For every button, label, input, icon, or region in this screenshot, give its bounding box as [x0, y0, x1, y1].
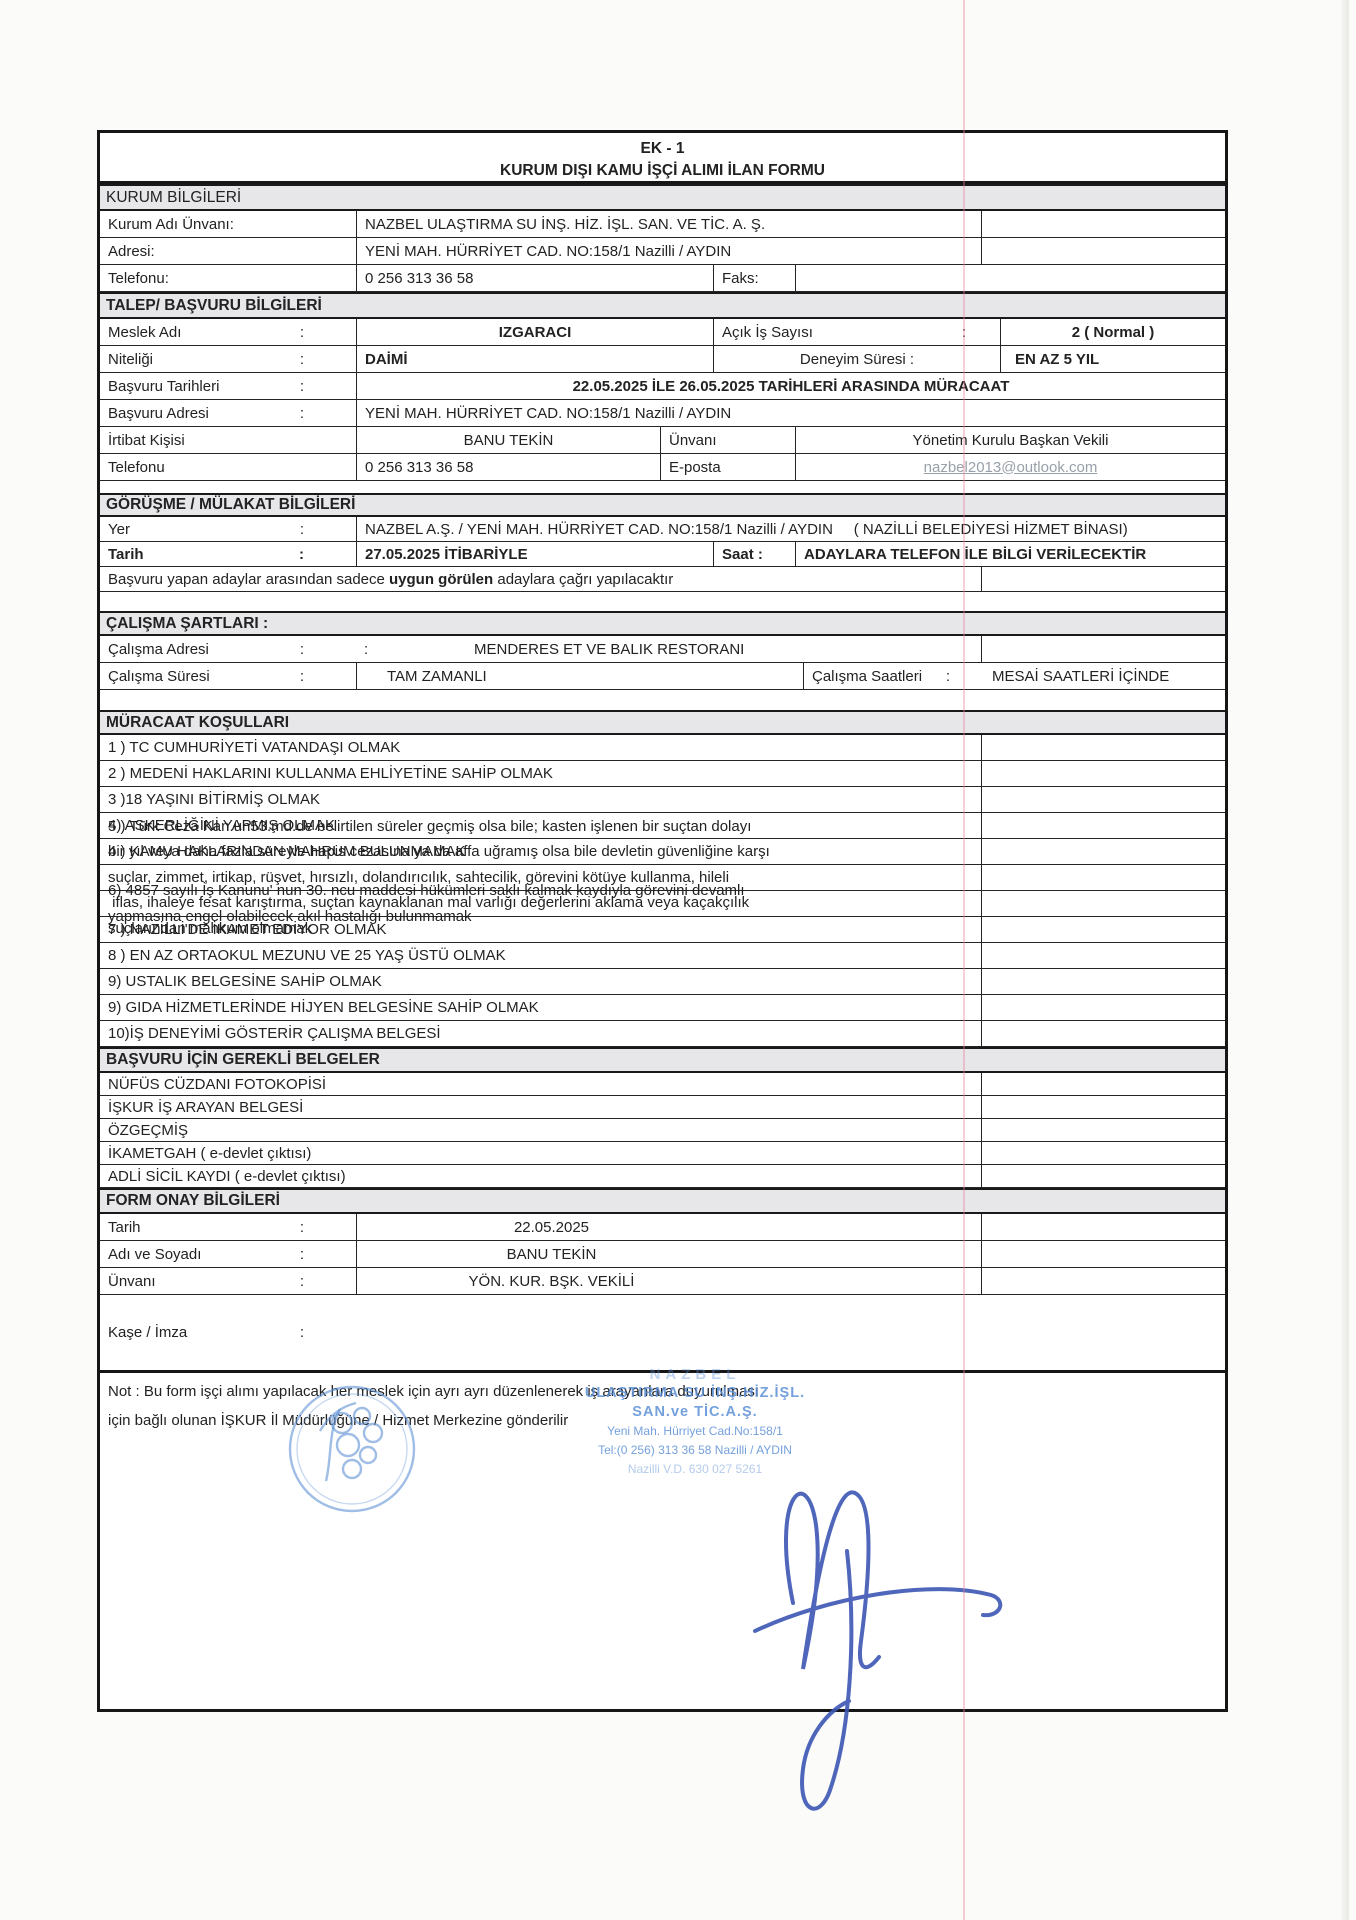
- empty-cell: [981, 1142, 1225, 1164]
- empty-cell: [981, 1241, 1225, 1267]
- onay-ad-label: Adı ve Soyadı:: [100, 1241, 356, 1267]
- requirement-item: 1 ) TC CUMHURİYETİ VATANDAŞI OLMAK: [100, 735, 1225, 761]
- attachment-label: EK - 1: [100, 138, 1225, 160]
- faks-label: Faks:: [713, 265, 795, 291]
- empty-cell: [981, 636, 1225, 662]
- section-gap: [100, 481, 1225, 493]
- empty-cell: [981, 839, 1225, 864]
- yer-value: NAZBEL A.Ş. / YENİ MAH. HÜRRİYET CAD. NO…: [356, 517, 1225, 541]
- onay-ad-value: BANU TEKİN: [356, 1241, 981, 1267]
- telefon2-label: Telefonu: [100, 454, 356, 480]
- requirement-item: 6) 4857 sayılı İş Kanunu' nun 30. ncu ma…: [100, 891, 1225, 917]
- row-yer: Yer: NAZBEL A.Ş. / YENİ MAH. HÜRRİYET CA…: [100, 517, 1225, 542]
- empty-cell: [981, 567, 1225, 591]
- kurum-adi-value: NAZBEL ULAŞTIRMA SU İNŞ. HİZ. İŞL. SAN. …: [356, 211, 981, 237]
- empty-cell: [981, 761, 1225, 786]
- empty-cell: [981, 995, 1225, 1020]
- empty-cell: [981, 943, 1225, 968]
- empty-cell: [981, 1096, 1225, 1118]
- form-title: KURUM DIŞI KAMU İŞÇİ ALIMI İLAN FORMU: [100, 160, 1225, 182]
- document-item: NÜFÜS CÜZDANI FOTOKOPİSİ: [100, 1073, 1225, 1096]
- page-edge-shadow: [1341, 0, 1349, 1920]
- cagri-text: Başvuru yapan adaylar arasından sadece u…: [100, 567, 981, 591]
- muracaat-list: 1 ) TC CUMHURİYETİ VATANDAŞI OLMAK 2 ) M…: [100, 735, 1225, 1047]
- irtibat-label: İrtibat Kişisi: [100, 427, 356, 453]
- basvuru-tarihleri-value: 22.05.2025 İLE 26.05.2025 TARİHLERİ ARAS…: [356, 373, 1225, 399]
- eposta-link[interactable]: nazbel2013@outlook.com: [924, 459, 1098, 476]
- empty-cell: [981, 787, 1225, 812]
- form-title-block: EK - 1 KURUM DIŞI KAMU İŞÇİ ALIMI İLAN F…: [100, 133, 1225, 184]
- yer-label: Yer:: [100, 517, 356, 541]
- calisma-adresi-value: MENDERES ET VE BALIK RESTORANI: [466, 636, 981, 662]
- row-cagri-notu: Başvuru yapan adaylar arasından sadece u…: [100, 567, 1225, 592]
- requirement-item: 2 ) MEDENİ HAKLARINI KULLANMA EHLİYETİNE…: [100, 761, 1225, 787]
- row-meslek: Meslek Adı: IZGARACI Açık İş Sayısı: 2 (…: [100, 319, 1225, 346]
- empty-cell: [981, 1165, 1225, 1187]
- calisma-saatleri-value: MESAİ SAATLERİ İÇİNDE: [970, 663, 1225, 689]
- meslek-value: IZGARACI: [356, 319, 713, 345]
- adres-label: Adresi:: [100, 238, 356, 264]
- acik-is-value: 2 ( Normal ): [1000, 319, 1225, 345]
- calisma-adresi-colon: :: [356, 636, 466, 662]
- empty-cell: [981, 969, 1225, 994]
- acik-is-label: Açık İş Sayısı:: [713, 319, 1000, 345]
- empty-cell: [981, 1214, 1225, 1240]
- empty-cell: [981, 813, 1225, 838]
- onay-tarih-label: Tarih:: [100, 1214, 356, 1240]
- section-gorusme: GÖRÜŞME / MÜLAKAT BİLGİLERİ: [100, 493, 1225, 517]
- row-irtibat: İrtibat Kişisi BANU TEKİN Ünvanı Yönetim…: [100, 427, 1225, 454]
- calisma-suresi-label: Çalışma Süresi:: [100, 663, 356, 689]
- section-muracaat-kosullari: MÜRACAAT KOŞULLARI: [100, 710, 1225, 735]
- row-basvuru-adresi: Başvuru Adresi: YENİ MAH. HÜRRİYET CAD. …: [100, 400, 1225, 427]
- section-gerekli-belgeler: BAŞVURU İÇİN GEREKLİ BELGELER: [100, 1047, 1225, 1073]
- kase-imza-label: Kaşe / İmza:: [100, 1295, 356, 1370]
- empty-cell: [981, 211, 1225, 237]
- requirement-item: 9) GIDA HİZMETLERİNDE HİJYEN BELGESİNE S…: [100, 995, 1225, 1021]
- calisma-suresi-value: TAM ZAMANLI: [356, 663, 803, 689]
- section-kurum-bilgileri: KURUM BİLGİLERİ: [100, 184, 1225, 211]
- scanned-form-page: { "ui": { "colon": ":" }, "page": { "att…: [0, 0, 1356, 1920]
- empty-cell: [981, 238, 1225, 264]
- section-gap: [100, 592, 1225, 611]
- nitelik-label: Niteliği:: [100, 346, 356, 372]
- row-kurum-adi: Kurum Adı Ünvanı: NAZBEL ULAŞTIRMA SU İN…: [100, 211, 1225, 238]
- saat-value: ADAYLARA TELEFON İLE BİLGİ VERİLECEKTİR: [795, 542, 1225, 566]
- row-adres: Adresi: YENİ MAH. HÜRRİYET CAD. NO:158/1…: [100, 238, 1225, 265]
- belgeler-list: NÜFÜS CÜZDANI FOTOKOPİSİ İŞKUR İŞ ARAYAN…: [100, 1073, 1225, 1188]
- requirement-item: 8 ) EN AZ ORTAOKUL MEZUNU VE 25 YAŞ ÜSTÜ…: [100, 943, 1225, 969]
- kurum-adi-label: Kurum Adı Ünvanı:: [100, 211, 356, 237]
- basvuru-adresi-label: Başvuru Adresi:: [100, 400, 356, 426]
- row-telefon2: Telefonu 0 256 313 36 58 E-posta nazbel2…: [100, 454, 1225, 481]
- row-onay-ad: Adı ve Soyadı: BANU TEKİN: [100, 1241, 1225, 1268]
- telefon-label: Telefonu:: [100, 265, 356, 291]
- requirement-item: 9) USTALIK BELGESİNE SAHİP OLMAK: [100, 969, 1225, 995]
- footer-note: Not : Bu form işçi alımı yapılacak her m…: [100, 1373, 1225, 1451]
- section-form-onay: FORM ONAY BİLGİLERİ: [100, 1188, 1225, 1214]
- calisma-adresi-label: Çalışma Adresi:: [100, 636, 356, 662]
- section-calisma-sartlari: ÇALIŞMA ŞARTLARI :: [100, 611, 1225, 636]
- onay-unvan-label: Ünvanı:: [100, 1268, 356, 1294]
- calisma-saatleri-label: Çalışma Saatleri:: [803, 663, 970, 689]
- row-calisma-adresi: Çalışma Adresi: : MENDERES ET VE BALIK R…: [100, 636, 1225, 663]
- saat-label: Saat :: [713, 542, 795, 566]
- document-item: ÖZGEÇMİŞ: [100, 1119, 1225, 1142]
- faks-value: [795, 265, 1225, 291]
- basvuru-adresi-value: YENİ MAH. HÜRRİYET CAD. NO:158/1 Nazilli…: [356, 400, 1225, 426]
- row-telefon-faks: Telefonu: 0 256 313 36 58 Faks:: [100, 265, 1225, 292]
- row-nitelik: Niteliği: DAİMİ Deneyim Süresi : EN AZ 5…: [100, 346, 1225, 373]
- document-item: İŞKUR İŞ ARAYAN BELGESİ: [100, 1096, 1225, 1119]
- form-table: EK - 1 KURUM DIŞI KAMU İŞÇİ ALIMI İLAN F…: [97, 130, 1228, 1712]
- empty-cell: [981, 1119, 1225, 1141]
- row-tarih-saat: Tarih: 27.05.2025 İTİBARİYLE Saat : ADAY…: [100, 542, 1225, 567]
- unvan-value: Yönetim Kurulu Başkan Vekili: [795, 427, 1225, 453]
- nitelik-value: DAİMİ: [356, 346, 713, 372]
- empty-cell: [981, 1021, 1225, 1046]
- eposta-label: E-posta: [660, 454, 795, 480]
- telefon-value: 0 256 313 36 58: [356, 265, 713, 291]
- deneyim-value: EN AZ 5 YIL: [1000, 346, 1225, 372]
- gorusme-tarih-label: Tarih:: [100, 542, 356, 566]
- document-item: ADLİ SİCİL KAYDI ( e-devlet çıktısı): [100, 1165, 1225, 1188]
- eposta-cell: nazbel2013@outlook.com: [795, 454, 1225, 480]
- empty-cell: [981, 865, 1225, 890]
- empty-cell: [981, 1268, 1225, 1294]
- requirement-item: 7 ) NAZİLLİ'DE İKAMET EDİYOR OLMAK: [100, 917, 1225, 943]
- deneyim-label: Deneyim Süresi :: [713, 346, 1000, 372]
- row-kase-imza: Kaşe / İmza:: [100, 1295, 1225, 1373]
- unvan-label: Ünvanı: [660, 427, 795, 453]
- empty-cell: [981, 917, 1225, 942]
- empty-cell: [981, 735, 1225, 760]
- requirement-item: 10)İŞ DENEYİMİ GÖSTERİR ÇALIŞMA BELGESİ: [100, 1021, 1225, 1047]
- row-calisma-suresi: Çalışma Süresi: TAM ZAMANLI Çalışma Saat…: [100, 663, 1225, 690]
- onay-unvan-value: YÖN. KUR. BŞK. VEKİLİ: [356, 1268, 981, 1294]
- row-onay-unvan: Ünvanı: YÖN. KUR. BŞK. VEKİLİ: [100, 1268, 1225, 1295]
- meslek-label: Meslek Adı:: [100, 319, 356, 345]
- document-item: İKAMETGAH ( e-devlet çıktısı): [100, 1142, 1225, 1165]
- empty-cell: [981, 1073, 1225, 1095]
- section-gap: [100, 690, 1225, 710]
- basvuru-tarihleri-label: Başvuru Tarihleri:: [100, 373, 356, 399]
- empty-area: [100, 1451, 1225, 1709]
- irtibat-value: BANU TEKİN: [356, 427, 660, 453]
- telefon2-value: 0 256 313 36 58: [356, 454, 660, 480]
- onay-tarih-value: 22.05.2025: [356, 1214, 981, 1240]
- section-talep-basvuru: TALEP/ BAŞVURU BİLGİLERİ: [100, 292, 1225, 319]
- requirement-item: 3 )18 YAŞINI BİTİRMİŞ OLMAK: [100, 787, 1225, 813]
- adres-value: YENİ MAH. HÜRRİYET CAD. NO:158/1 Nazilli…: [356, 238, 981, 264]
- empty-cell: [981, 891, 1225, 916]
- row-basvuru-tarihleri: Başvuru Tarihleri: 22.05.2025 İLE 26.05.…: [100, 373, 1225, 400]
- row-onay-tarih: Tarih: 22.05.2025: [100, 1214, 1225, 1241]
- gorusme-tarih-value: 27.05.2025 İTİBARİYLE: [356, 542, 713, 566]
